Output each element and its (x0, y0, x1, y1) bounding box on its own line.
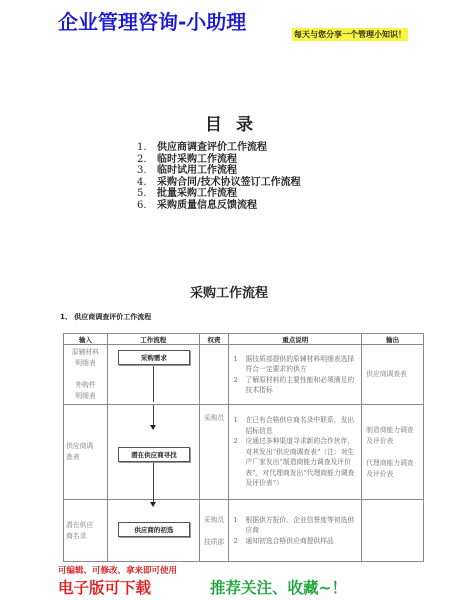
toc-item[interactable]: 3.临时试用工作流程 (137, 165, 301, 177)
role-cell: 采购员 (199, 405, 229, 500)
process-table: 输入 工作流程 权责 重点说明 输出 原辅材料 明细表 外购件 明细表 采购需求… (63, 333, 424, 562)
footer-download-slogan: 电子版可下载 (58, 576, 151, 598)
flow-step-box[interactable]: 供应商的初选 (118, 522, 190, 537)
table-row: 供应商调 查表 潜在供应商寻找 采购员 1在已有合格供应商名录中联系，发出招标信… (64, 405, 424, 500)
toc-item[interactable]: 1.供应商调查评价工作流程 (137, 142, 301, 154)
toc-title: 目录 (0, 110, 458, 135)
notes-cell: 1在已有合格供应商名录中联系，发出招标信息 2应通过多种渠道寻求新的合作伙伴，对… (229, 405, 362, 500)
notes-cell: 1根据供方报价、企业信誉度等初选供应商 2通知初选合格供应商提供样品 (229, 500, 362, 562)
note-item: 2应通过多种渠道寻求新的合作伙伴，对其发出“供应商调查表”（注：对生产厂家发出“… (233, 436, 357, 489)
subsection-title: 1、 供应商调查评价工作流程 (60, 312, 151, 322)
table-row: 潜在供应 商名录 供应商的初选 采购员 技质部 1根据供方报价、企业信誉度等初选… (64, 500, 424, 562)
toc-item[interactable]: 6.采购质量信息反馈流程 (137, 200, 301, 212)
section-title: 采购工作流程 (0, 282, 458, 301)
notes-cell: 1据技质部提供的原辅材料明细表选择符合一定要求的供方 2了解原材料的主要性能和必… (229, 345, 362, 405)
connector-line (153, 366, 154, 402)
flow-cell: 潜在供应商寻找 (107, 405, 199, 500)
input-cell: 供应商调 查表 (64, 405, 108, 500)
flow-step-box[interactable]: 潜在供应商寻找 (118, 447, 190, 462)
footer-editable-note: 可编辑、可修改、拿来即可使用 (58, 564, 177, 576)
input-cell: 原辅材料 明细表 外购件 明细表 (64, 345, 108, 405)
header-key-notes: 重点说明 (229, 334, 362, 345)
note-item: 1据技质部提供的原辅材料明细表选择符合一定要求的供方 (233, 354, 357, 375)
output-cell: 供应商调查表 (362, 345, 424, 405)
footer-follow-slogan: 推荐关注、收藏~！ (210, 576, 347, 598)
toc-item[interactable]: 2.临时采购工作流程 (137, 154, 301, 166)
brand-title: 企业管理咨询-小助理 (58, 6, 246, 35)
table-header-row: 输入 工作流程 权责 重点说明 输出 (64, 334, 424, 345)
output-cell: 制造商能力调查及评价表 代理商能力调查及评价表 (362, 405, 424, 500)
header-input: 输入 (64, 334, 108, 345)
toc-item[interactable]: 4.采购合同/技术协议签订工作流程 (137, 177, 301, 189)
table-row: 原辅材料 明细表 外购件 明细表 采购需求 1据技质部提供的原辅材料明细表选择符… (64, 345, 424, 405)
note-item: 2了解原材料的主要性能和必须满足的技术指标 (233, 375, 357, 396)
note-item: 2通知初选合格供应商提供样品 (233, 536, 357, 547)
arrow-down-icon (150, 502, 156, 507)
role-cell (199, 345, 229, 405)
flow-cell: 采购需求 (107, 345, 199, 405)
input-cell: 潜在供应 商名录 (64, 500, 108, 562)
header-workflow: 工作流程 (107, 334, 199, 345)
note-item: 1根据供方报价、企业信誉度等初选供应商 (233, 515, 357, 536)
header-output: 输出 (362, 334, 424, 345)
flow-cell: 供应商的初选 (107, 500, 199, 562)
flow-step-box[interactable]: 采购需求 (118, 350, 190, 365)
output-cell (362, 500, 424, 562)
connector-line (153, 463, 154, 500)
role-cell: 采购员 技质部 (199, 500, 229, 562)
connector-line (153, 405, 154, 425)
note-item: 1在已有合格供应商名录中联系，发出招标信息 (233, 415, 357, 436)
tagline: 每天与您分享一个管理小知识！ (292, 28, 408, 41)
toc-item[interactable]: 5.批量采购工作流程 (137, 188, 301, 200)
header-responsibility: 权责 (199, 334, 229, 345)
toc-list: 1.供应商调查评价工作流程 2.临时采购工作流程 3.临时试用工作流程 4.采购… (137, 142, 301, 211)
arrow-down-icon (150, 425, 156, 430)
